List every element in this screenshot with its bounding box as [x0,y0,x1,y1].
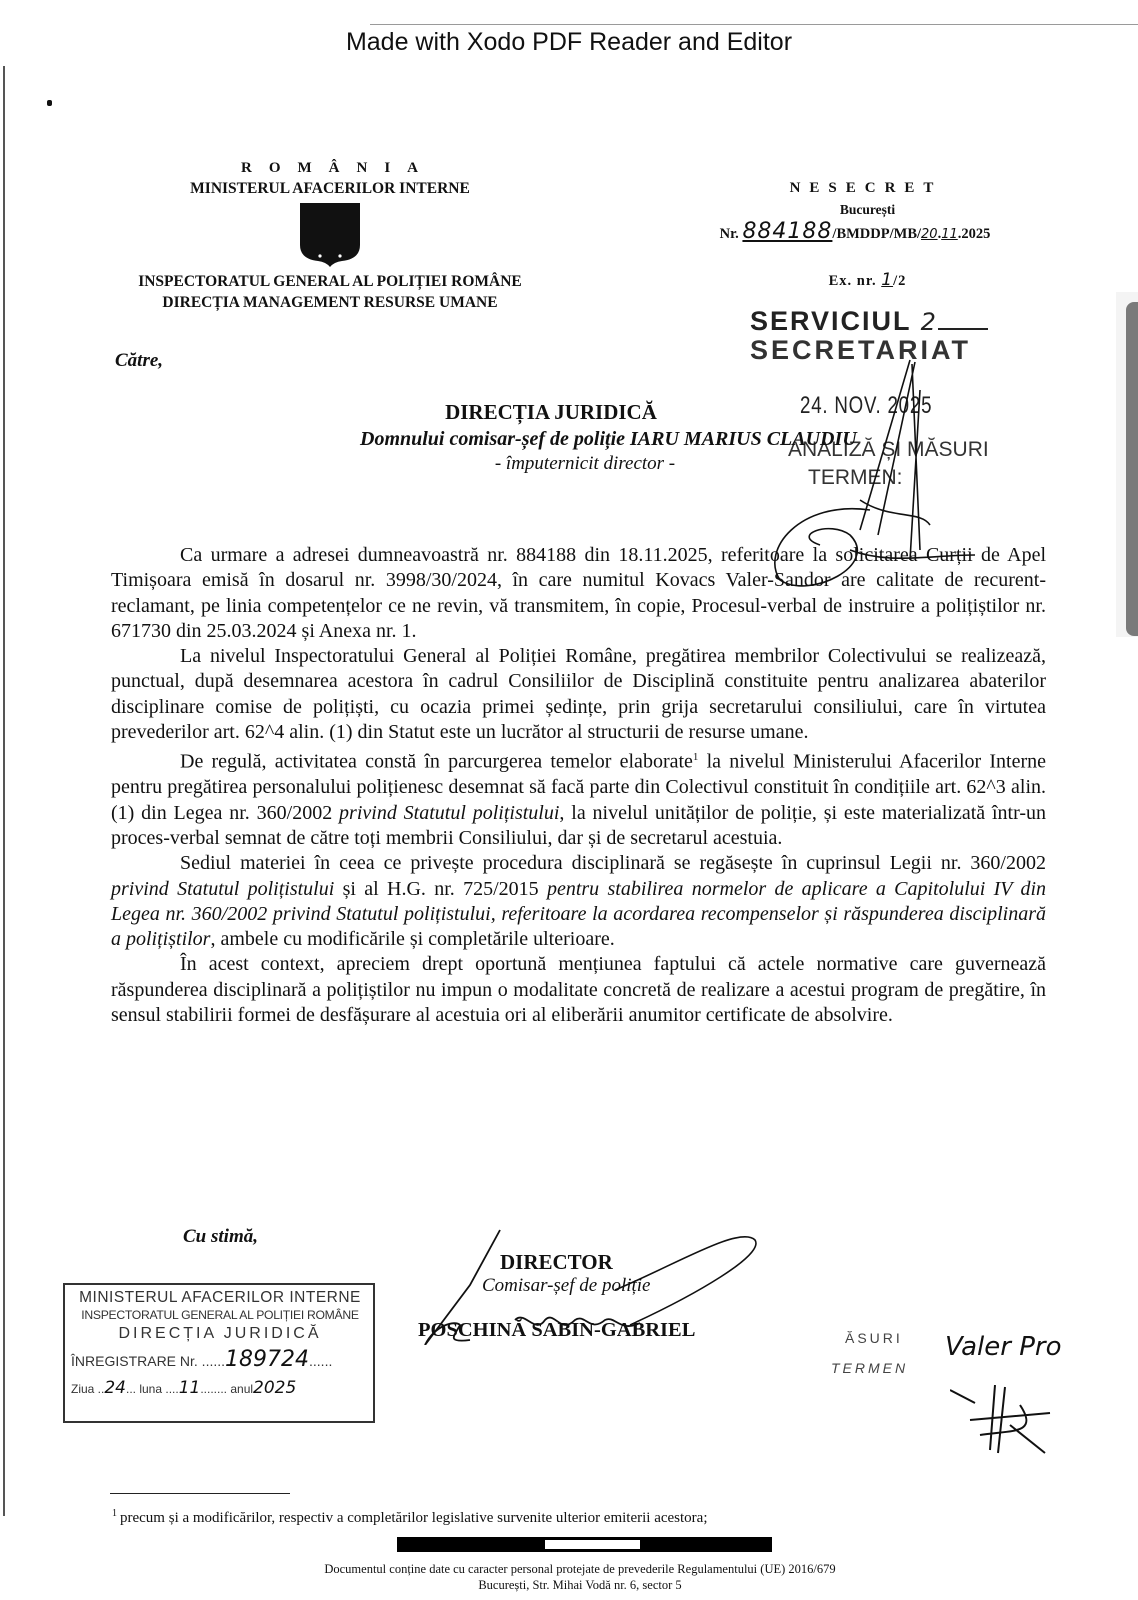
privacy-notice: Documentul conține date cu caracter pers… [230,1561,930,1577]
number-prefix: Nr. [720,226,739,242]
copy-label: Ex. nr. [829,273,877,289]
scan-speck [47,100,52,106]
reg-stamp-day: 24 [104,1378,126,1398]
handwritten-annotation: Valer Pro [945,1332,1062,1362]
letterhead: ROMÂNIA MINISTERUL AFACERILOR INTERNE IN… [100,160,560,312]
footnote: 1precum și a modificărilor, respectiv a … [112,1508,708,1527]
recipient-person: Domnului comisar-șef de poliție IARU MAR… [360,428,840,451]
reg-stamp-number: 189724 [225,1347,309,1372]
recipient-role: - împuternicit director - [330,453,840,475]
handwritten-month: 11 [941,227,958,242]
recipient-department: DIRECȚIA JURIDICĂ [262,400,840,425]
ministry-name: MINISTERUL AFACERILOR INTERNE [100,180,560,198]
handwritten-copy: 1 [881,270,893,290]
paragraph-2: La nivelul Inspectoratului General al Po… [111,644,1046,745]
reg-stamp-ministry: MINISTERUL AFACERILOR INTERNE [71,1289,369,1307]
inspectorate-name: INSPECTORATUL GENERAL AL POLIȚIEI ROMÂNE [100,273,560,291]
scan-left-edge [3,66,5,1516]
redaction-gap [545,1540,640,1549]
paragraph-5: În acest context, apreciem drept oportun… [111,952,1046,1028]
paragraph-4: Sediul materiei în ceea ce privește proc… [111,851,1046,952]
director-signature [415,1225,775,1345]
city-label: București [700,202,1010,218]
number-code: /BMDDP/MB/ [832,226,921,242]
copy-total: /2 [893,273,906,289]
reg-stamp-year: 2025 [253,1378,296,1398]
paragraph-3: De regulă, activitatea constă în parcurg… [111,745,1046,851]
reg-stamp-number-row: ÎNREGISTRARE Nr. ......189724...... [71,1347,369,1372]
xodo-watermark-banner: Made with Xodo PDF Reader and Editor [0,28,1138,57]
paragraph-1: Ca urmare a adresei dumneavoastră nr. 88… [111,543,1046,644]
side-stamp-fragment: ĂSURI TERMEN [845,1330,908,1376]
to-label: Către, [115,350,163,372]
reg-stamp-inspectorate: INSPECTORATUL GENERAL AL POLIȚIEI ROMÂNE [71,1308,369,1322]
reg-stamp-date-row: Ziua ..24... luna ....11........ anul202… [71,1378,369,1398]
registration-number: Nr. 884188/BMDDP/MB/20.11.2025 [700,219,1010,244]
country-name: ROMÂNIA [100,160,560,177]
copy-number: Ex. nr. 1/2 [700,270,1010,290]
scrollbar-thumb[interactable] [1126,302,1138,636]
scan-top-rule [370,24,1138,25]
directorate-name: DIRECȚIA MANAGEMENT RESURSE UMANE [100,294,560,312]
footnote-divider [110,1493,290,1494]
footer-address: București, Str. Mihai Vodă nr. 6, sector… [230,1577,930,1593]
closing-salutation: Cu stimă, [183,1226,258,1248]
handwritten-day: 20 [921,227,938,242]
footer: Documentul conține date cu caracter pers… [230,1561,930,1593]
stamp-service-number: 2 [921,308,938,336]
classification-label: NESECRET [700,180,1010,197]
reference-block: NESECRET București Nr. 884188/BMDDP/MB/2… [700,180,1010,290]
recipient-block: DIRECȚIA JURIDICĂ Domnului comisar-șef d… [200,400,840,475]
reg-stamp-month: 11 [179,1378,201,1398]
handwritten-number: 884188 [742,219,832,244]
stamp-service: SERVICIUL [750,306,911,336]
letter-body: Ca urmare a adresei dumneavoastră nr. 88… [111,543,1046,1028]
coat-of-arms-icon [298,203,362,267]
side-signature-scribble [950,1385,1070,1455]
registration-stamp: MINISTERUL AFACERILOR INTERNE INSPECTORA… [63,1283,375,1423]
date-year: .2025 [958,226,991,242]
reg-stamp-directorate: DIRECȚIA JURIDICĂ [71,1325,369,1343]
